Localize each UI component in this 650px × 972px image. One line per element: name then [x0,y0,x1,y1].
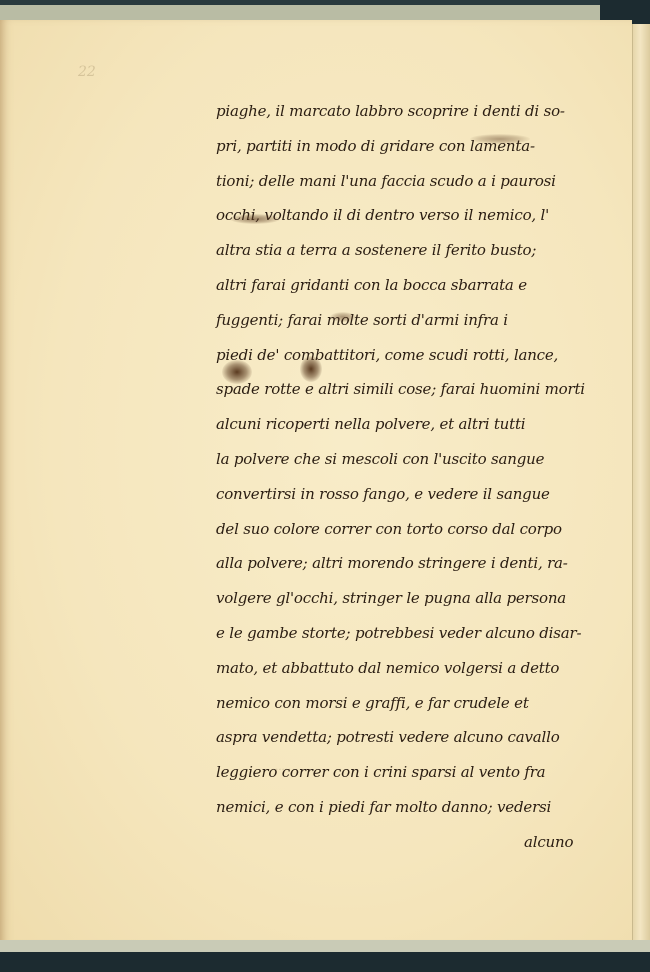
scan-bottom-margin [0,940,650,972]
text-line: piedi de' combattitori, come scudi rotti… [216,338,636,373]
text-line: spade rotte e altri simili cose; farai h… [216,372,636,407]
text-line: volgere gl'occhi, stringer le pugna alla… [216,581,636,616]
text-line: del suo colore correr con torto corso da… [216,512,636,547]
text-line: convertirsi in rosso fango, e vedere il … [216,477,636,512]
page-edge-fore [632,24,650,940]
text-line: la polvere che si mescoli con l'uscito s… [216,442,636,477]
catchword: alcuno [216,825,636,860]
text-line: pri, partiti in modo di gridare con lame… [216,129,636,164]
folio-number: 22 [78,64,96,80]
handwritten-text-block: piaghe, il marcato labbro scoprire i den… [216,94,636,860]
manuscript-page: 22 piaghe, il marcato labbro scoprire i … [0,20,632,947]
text-line: fuggenti; farai molte sorti d'armi infra… [216,303,636,338]
text-line: alcuni ricoperti nella polvere, et altri… [216,407,636,442]
text-line: mato, et abbattuto dal nemico volgersi a… [216,651,636,686]
text-line: alla polvere; altri morendo stringere i … [216,546,636,581]
text-line: occhi, voltando il di dentro verso il ne… [216,198,636,233]
text-line: e le gambe storte; potrebbesi veder alcu… [216,616,636,651]
text-line: nemici, e con i piedi far molto danno; v… [216,790,636,825]
text-line: nemico con morsi e graffi, e far crudele… [216,686,636,721]
text-line: tioni; delle mani l'una faccia scudo a i… [216,164,636,199]
scan-top-margin [0,0,650,22]
faint-pencil-note: ······ [272,765,291,776]
text-line: aspra vendetta; potresti vedere alcuno c… [216,720,636,755]
text-line: piaghe, il marcato labbro scoprire i den… [216,94,636,129]
scan-background-corner [600,0,650,22]
text-line: altri farai gridanti con la bocca sbarra… [216,268,636,303]
text-line: altra stia a terra a sostenere il ferito… [216,233,636,268]
